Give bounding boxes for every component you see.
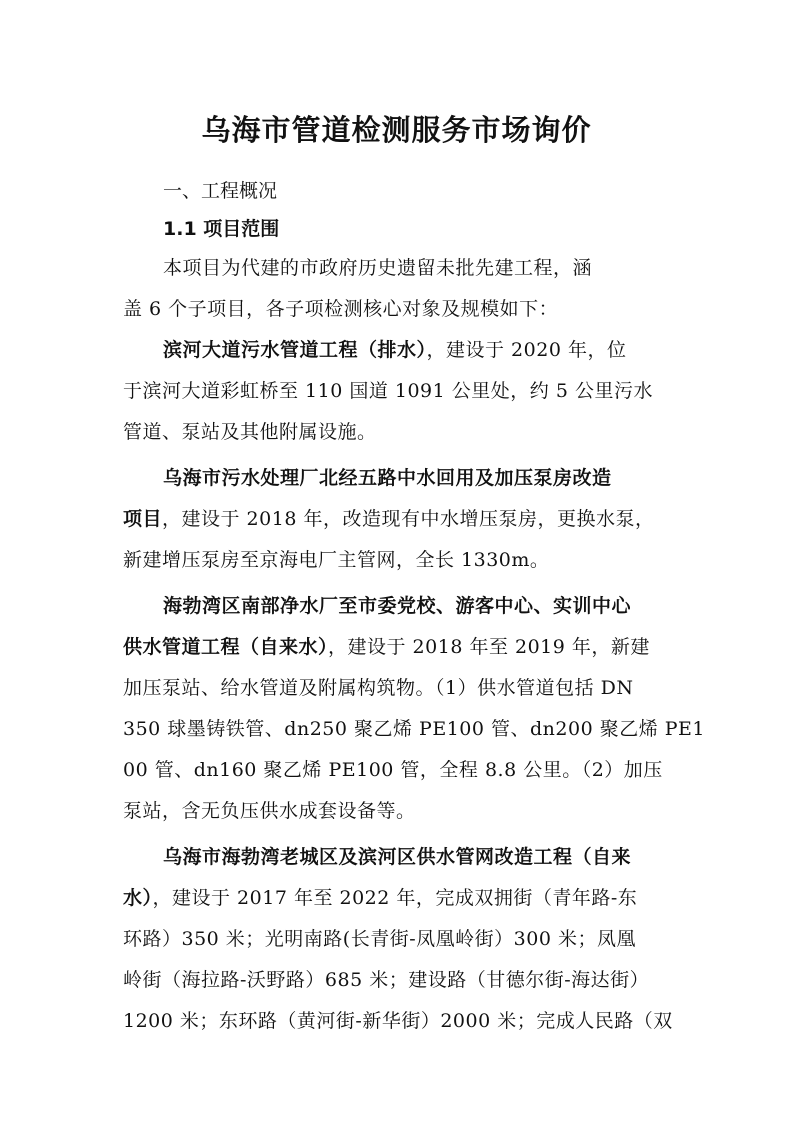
project-4-name-cont: 水） xyxy=(123,887,153,909)
paragraph-line: 于滨河大道彩虹桥至 110 国道 1091 公里处，约 5 公里污水 xyxy=(123,371,675,412)
project-1-name: 滨河大道污水管道工程（排水） xyxy=(163,339,427,361)
project-3-heading-line: 海勃湾区南部净水厂至市委党校、游客中心、实训中心 xyxy=(123,586,675,627)
project-3-text: ，建设于 2018 年至 2019 年，新建 xyxy=(328,636,650,658)
project-4-heading-line: 乌海市海勃湾老城区及滨河区供水管网改造工程（自来 xyxy=(123,837,675,878)
paragraph-line: 管道、泵站及其他附属设施。 xyxy=(123,412,675,453)
subsection-heading: 1.1 项目范围 xyxy=(163,214,279,241)
project-1-text: ，建设于 2020 年，位 xyxy=(427,339,627,361)
project-2-text: ，建设于 2018 年，改造现有中水增压泵房，更换水泵， xyxy=(162,508,654,530)
project-2-heading-line: 乌海市污水处理厂北经五路中水回用及加压泵房改造 xyxy=(123,458,675,499)
paragraph-line: 加压泵站、给水管道及附属构筑物。（1）供水管道包括 DN xyxy=(123,668,675,709)
project-3-line-2: 供水管道工程（自来水），建设于 2018 年至 2019 年，新建 xyxy=(123,627,675,668)
project-2-name-cont: 项目 xyxy=(123,508,162,530)
paragraph-line: 00 管、dn160 聚乙烯 PE100 管，全程 8.8 公里。（2）加压 xyxy=(123,750,675,791)
paragraph-line: 泵站，含无负压供水成套设备等。 xyxy=(123,791,675,832)
document-title: 乌海市管道检测服务市场询价 xyxy=(0,108,793,149)
paragraph-line: 新建增压泵房至京海电厂主管网，全长 1330m。 xyxy=(123,540,675,581)
project-3-name: 海勃湾区南部净水厂至市委党校、游客中心、实训中心 xyxy=(163,595,631,617)
paragraph-line: 1200 米；东环路（黄河街-新华街）2000 米；完成人民路（双 xyxy=(123,1001,675,1042)
project-3-name-cont: 供水管道工程（自来水） xyxy=(123,636,328,658)
project-4-line-2: 水），建设于 2017 年至 2022 年，完成双拥街（青年路-东 xyxy=(123,878,675,919)
project-2-line-2: 项目，建设于 2018 年，改造现有中水增压泵房，更换水泵， xyxy=(123,499,675,540)
paragraph-line: 盖 6 个子项目，各子项检测核心对象及规模如下： xyxy=(123,289,675,330)
document-page: 乌海市管道检测服务市场询价 一、工程概况 1.1 项目范围 本项目为代建的市政府… xyxy=(0,0,793,1122)
project-1-heading-line: 滨河大道污水管道工程（排水），建设于 2020 年，位 xyxy=(123,330,675,371)
paragraph-line: 本项目为代建的市政府历史遗留未批先建工程，涵 xyxy=(123,248,675,289)
project-4-text: ，建设于 2017 年至 2022 年，完成双拥街（青年路-东 xyxy=(153,887,638,909)
paragraph-line: 350 球墨铸铁管、dn250 聚乙烯 PE100 管、dn200 聚乙烯 PE… xyxy=(123,709,675,750)
paragraph-line: 环路）350 米；光明南路(长青街-凤凰岭街）300 米；凤凰 xyxy=(123,919,675,960)
project-4-name: 乌海市海勃湾老城区及滨河区供水管网改造工程（自来 xyxy=(163,846,631,868)
paragraph-line: 岭街（海拉路-沃野路）685 米；建设路（甘德尔街-海达街） xyxy=(123,960,675,1001)
document-body: 本项目为代建的市政府历史遗留未批先建工程，涵 盖 6 个子项目，各子项检测核心对… xyxy=(123,248,675,1042)
section-heading: 一、工程概况 xyxy=(163,176,277,203)
project-2-name: 乌海市污水处理厂北经五路中水回用及加压泵房改造 xyxy=(163,467,612,489)
